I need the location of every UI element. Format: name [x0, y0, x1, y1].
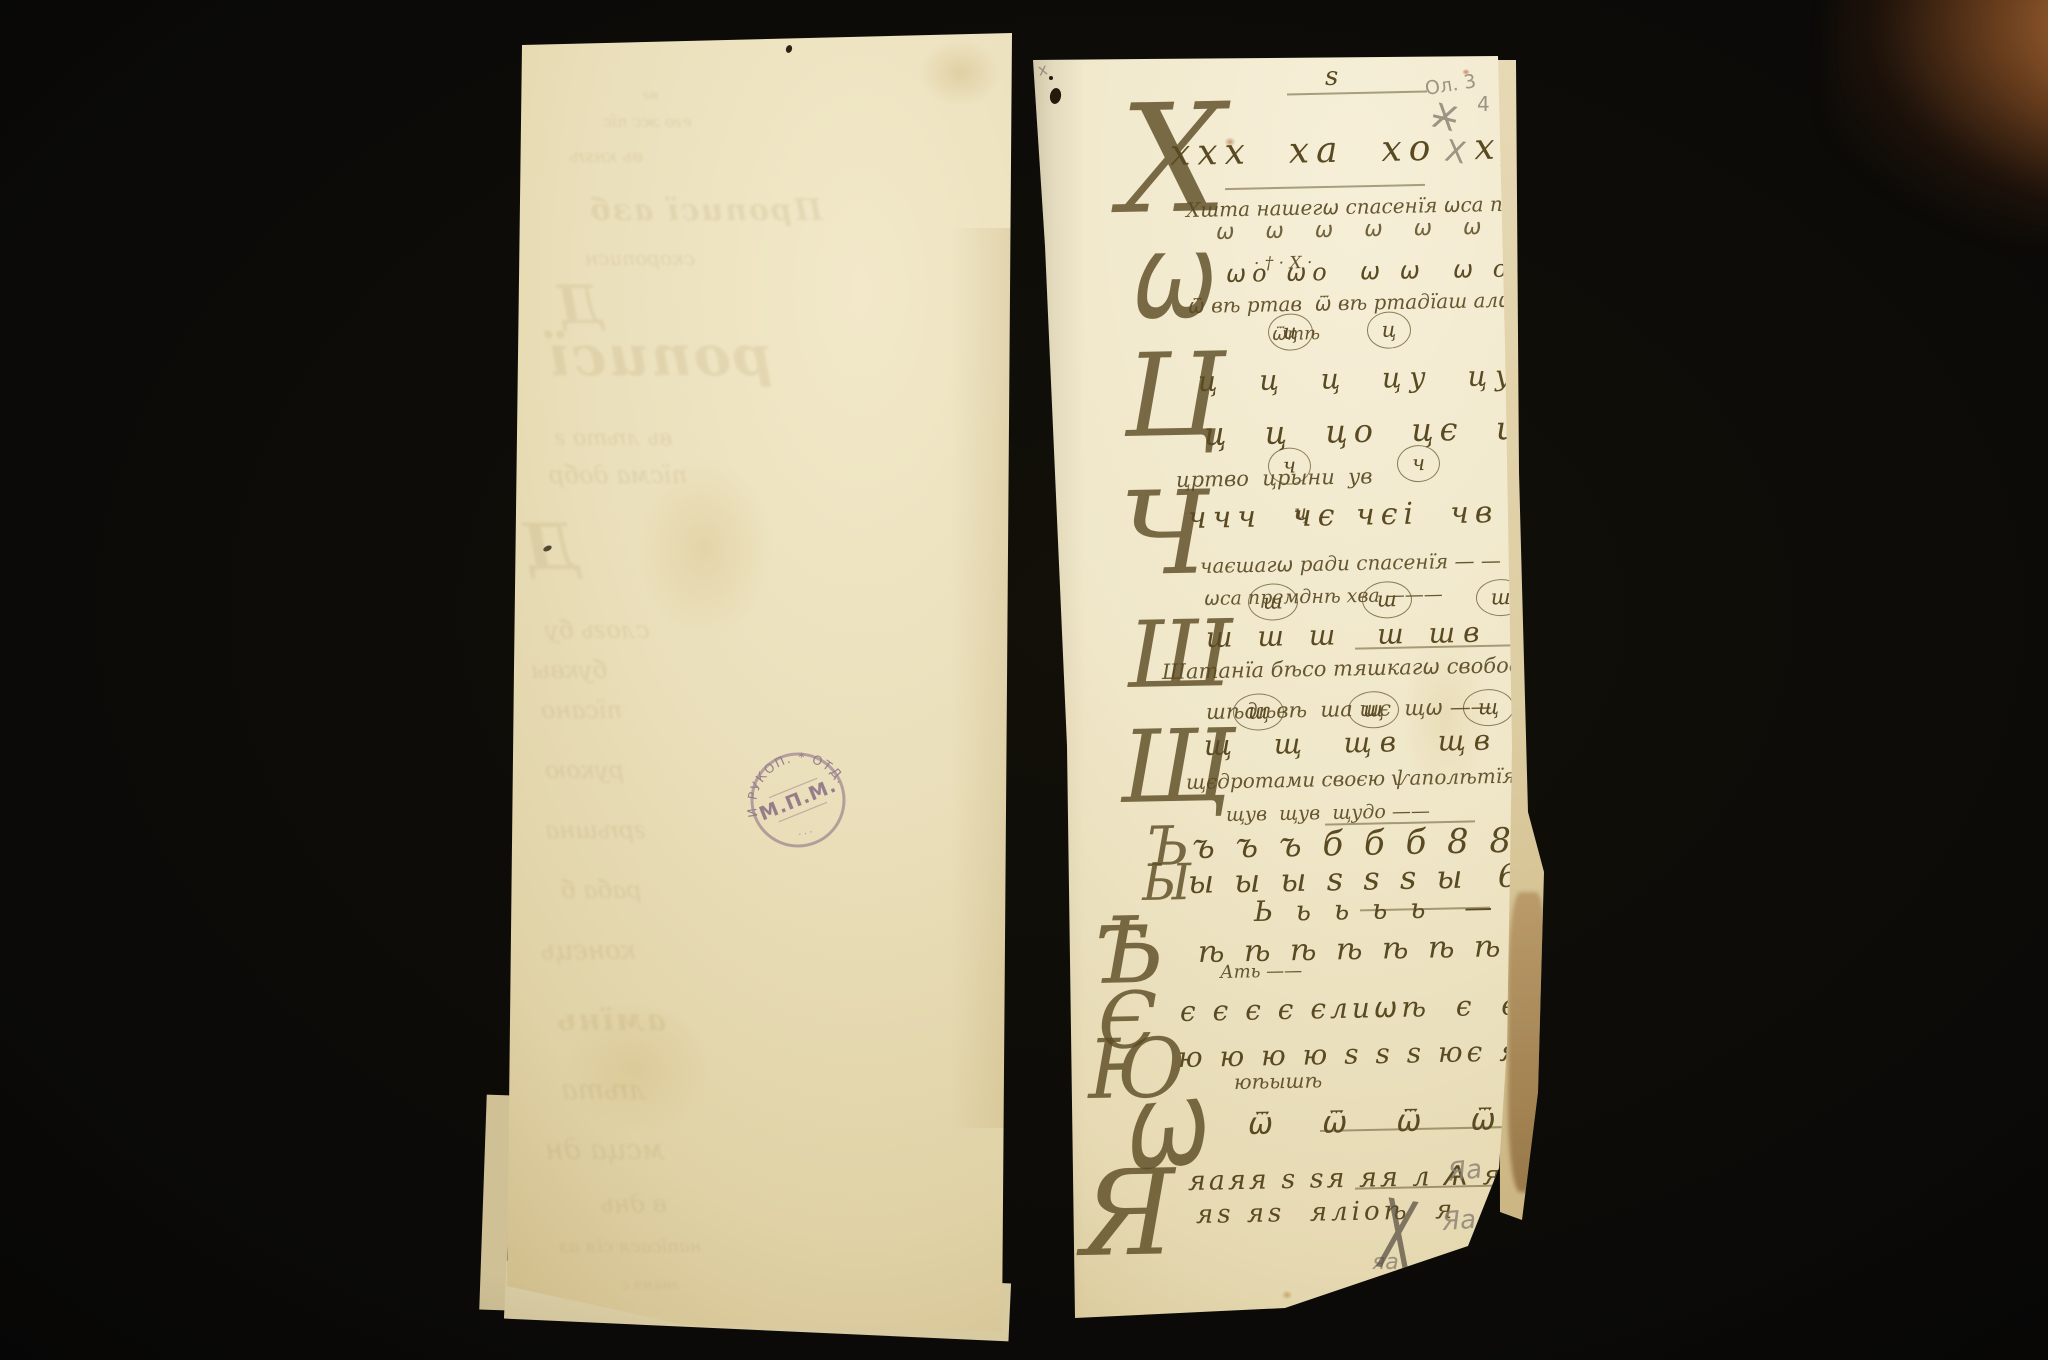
photo-vignette: [0, 0, 2048, 1360]
finger-blur: [1830, 0, 2048, 240]
photo-stage: вг его жс пїс вь кнѕѣ Прописї азб скороп…: [0, 0, 2048, 1360]
